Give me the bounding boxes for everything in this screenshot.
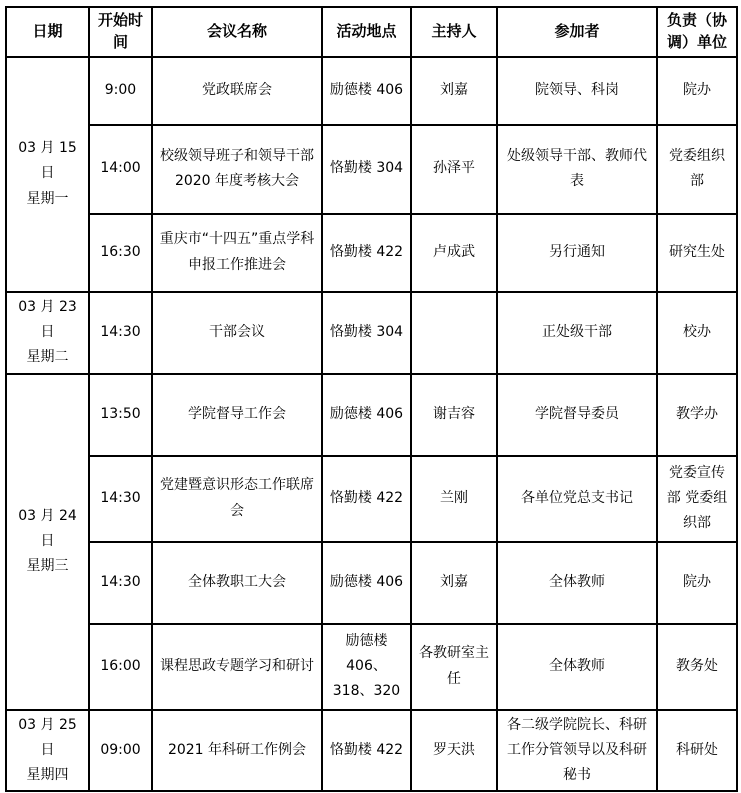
- time-cell: 09:00: [89, 710, 152, 792]
- participants-cell: 各单位党总支书记: [497, 456, 657, 542]
- date-line2: 星期一: [12, 187, 83, 212]
- meeting-name-cell: 党政联席会: [152, 57, 322, 125]
- participants-cell: 正处级干部: [497, 292, 657, 374]
- date-line1: 03 月 23 日: [12, 295, 83, 345]
- meeting-name-cell: 党建暨意识形态工作联席会: [152, 456, 322, 542]
- header-cell-time: 开始时间: [89, 7, 152, 57]
- host-cell: 谢吉容: [411, 374, 497, 456]
- date-line1: 03 月 25 日: [12, 713, 83, 763]
- date-cell: 03 月 24 日 星期三: [6, 374, 89, 710]
- unit-cell: 研究生处: [657, 214, 737, 292]
- location-cell: 恪勤楼 422: [322, 456, 411, 542]
- meeting-schedule-table: 日期 开始时间 会议名称 活动地点 主持人 参加者 负责（协调）单位 03 月 …: [5, 6, 738, 792]
- date-line2: 星期四: [12, 763, 83, 788]
- unit-cell: 党委宣传部 党委组织部: [657, 456, 737, 542]
- date-line2: 星期二: [12, 345, 83, 370]
- meeting-name-cell: 全体教职工大会: [152, 542, 322, 624]
- date-line2: 星期三: [12, 554, 83, 579]
- meeting-name-cell: 干部会议: [152, 292, 322, 374]
- table-row: 03 月 25 日 星期四 09:00 2021 年科研工作例会 恪勤楼 422…: [6, 710, 737, 792]
- header-cell-location: 活动地点: [322, 7, 411, 57]
- location-cell: 恪勤楼 422: [322, 710, 411, 792]
- date-cell: 03 月 23 日 星期二: [6, 292, 89, 374]
- location-cell: 恪勤楼 304: [322, 292, 411, 374]
- participants-cell: 全体教师: [497, 624, 657, 710]
- time-cell: 14:30: [89, 292, 152, 374]
- meeting-name-cell: 重庆市“十四五”重点学科申报工作推进会: [152, 214, 322, 292]
- table-row: 03 月 24 日 星期三 13:50 学院督导工作会 励德楼 406 谢吉容 …: [6, 374, 737, 456]
- time-cell: 16:00: [89, 624, 152, 710]
- meeting-name-cell: 学院督导工作会: [152, 374, 322, 456]
- participants-cell: 全体教师: [497, 542, 657, 624]
- time-cell: 13:50: [89, 374, 152, 456]
- unit-cell: 院办: [657, 542, 737, 624]
- time-cell: 9:00: [89, 57, 152, 125]
- unit-cell: 党委组织部: [657, 125, 737, 214]
- host-cell: 刘嘉: [411, 57, 497, 125]
- header-cell-meeting-name: 会议名称: [152, 7, 322, 57]
- header-cell-host: 主持人: [411, 7, 497, 57]
- time-cell: 14:30: [89, 542, 152, 624]
- host-cell: 卢成武: [411, 214, 497, 292]
- meeting-name-cell: 校级领导班子和领导干部 2020 年度考核大会: [152, 125, 322, 214]
- unit-cell: 院办: [657, 57, 737, 125]
- header-row: 日期 开始时间 会议名称 活动地点 主持人 参加者 负责（协调）单位: [6, 7, 737, 57]
- table-row: 14:00 校级领导班子和领导干部 2020 年度考核大会 恪勤楼 304 孙泽…: [6, 125, 737, 214]
- location-cell: 励德楼 406: [322, 542, 411, 624]
- time-cell: 14:30: [89, 456, 152, 542]
- header-cell-date: 日期: [6, 7, 89, 57]
- unit-cell: 校办: [657, 292, 737, 374]
- header-cell-unit: 负责（协调）单位: [657, 7, 737, 57]
- host-cell: 刘嘉: [411, 542, 497, 624]
- meeting-name-cell: 2021 年科研工作例会: [152, 710, 322, 792]
- location-cell: 励德楼 406、318、320: [322, 624, 411, 710]
- time-cell: 14:00: [89, 125, 152, 214]
- host-cell: [411, 292, 497, 374]
- location-cell: 恪勤楼 304: [322, 125, 411, 214]
- header-cell-participants: 参加者: [497, 7, 657, 57]
- table-row: 03 月 15 日 星期一 9:00 党政联席会 励德楼 406 刘嘉 院领导、…: [6, 57, 737, 125]
- date-cell: 03 月 25 日 星期四: [6, 710, 89, 792]
- location-cell: 励德楼 406: [322, 374, 411, 456]
- table-row: 16:30 重庆市“十四五”重点学科申报工作推进会 恪勤楼 422 卢成武 另行…: [6, 214, 737, 292]
- table-row: 14:30 全体教职工大会 励德楼 406 刘嘉 全体教师 院办: [6, 542, 737, 624]
- unit-cell: 教学办: [657, 374, 737, 456]
- host-cell: 孙泽平: [411, 125, 497, 214]
- unit-cell: 科研处: [657, 710, 737, 792]
- meeting-name-cell: 课程思政专题学习和研讨: [152, 624, 322, 710]
- date-line1: 03 月 15 日: [12, 136, 83, 186]
- host-cell: 罗天洪: [411, 710, 497, 792]
- host-cell: 兰刚: [411, 456, 497, 542]
- location-cell: 励德楼 406: [322, 57, 411, 125]
- table-row: 16:00 课程思政专题学习和研讨 励德楼 406、318、320 各教研室主任…: [6, 624, 737, 710]
- participants-cell: 学院督导委员: [497, 374, 657, 456]
- participants-cell: 院领导、科岗: [497, 57, 657, 125]
- host-cell: 各教研室主任: [411, 624, 497, 710]
- location-cell: 恪勤楼 422: [322, 214, 411, 292]
- participants-cell: 另行通知: [497, 214, 657, 292]
- unit-cell: 教务处: [657, 624, 737, 710]
- date-cell: 03 月 15 日 星期一: [6, 57, 89, 292]
- participants-cell: 各二级学院院长、科研工作分管领导以及科研秘书: [497, 710, 657, 792]
- table-row: 14:30 党建暨意识形态工作联席会 恪勤楼 422 兰刚 各单位党总支书记 党…: [6, 456, 737, 542]
- time-cell: 16:30: [89, 214, 152, 292]
- table-row: 03 月 23 日 星期二 14:30 干部会议 恪勤楼 304 正处级干部 校…: [6, 292, 737, 374]
- participants-cell: 处级领导干部、教师代表: [497, 125, 657, 214]
- date-line1: 03 月 24 日: [12, 504, 83, 554]
